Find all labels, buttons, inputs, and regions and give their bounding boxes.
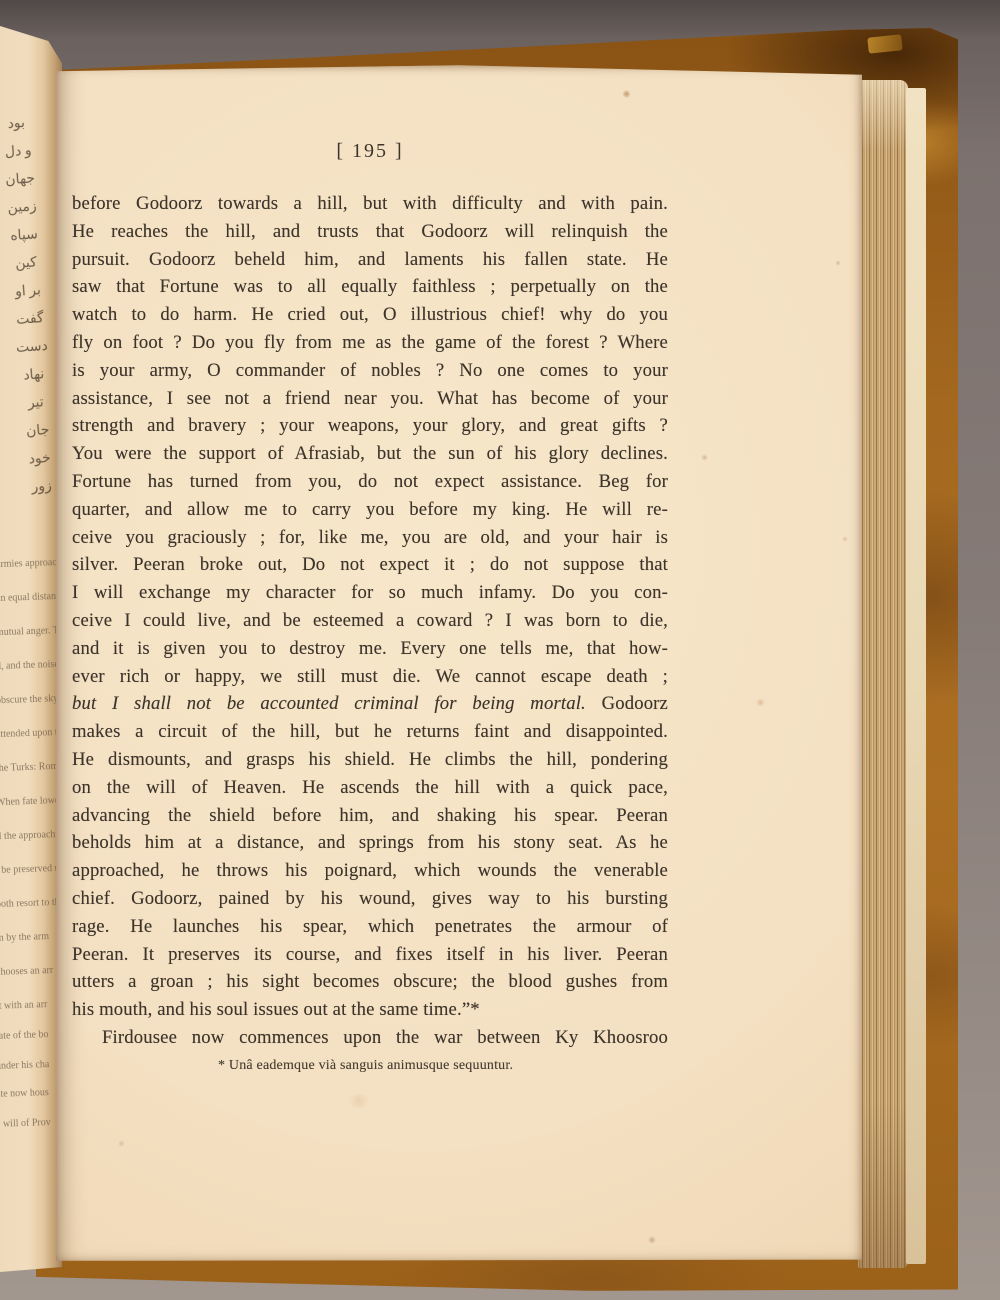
facing-text-fragment: When fate lowers, xyxy=(0,795,62,809)
text-line-italic: but I shall not be accounted criminal fo… xyxy=(72,690,668,718)
text-line: advancing the shield before him, and sha… xyxy=(72,802,668,830)
text-line: fly on foot ? Do you fly from me as the … xyxy=(72,329,668,357)
script-fragment: بود xyxy=(0,108,46,140)
script-fragment: گفت xyxy=(0,304,60,336)
text-line: assistance, I see not a friend near you.… xyxy=(72,385,668,413)
text-line: approached, he throws his poignard, whic… xyxy=(72,857,668,885)
text-line: beholds him at a distance, and springs f… xyxy=(72,829,668,857)
script-fragment: جان xyxy=(8,416,62,448)
book-page: [ 195 ] before Godoorz towards a hill, b… xyxy=(56,64,862,1262)
text-line: strength and bravery ; your weapons, you… xyxy=(72,412,668,440)
text-line: is your army, O commander of nobles ? No… xyxy=(72,357,668,385)
facing-text-fragment: late of the bo xyxy=(0,1029,49,1042)
text-line: before Godoorz towards a hill, but with … xyxy=(72,190,668,218)
text-line: He reaches the hill, and trusts that God… xyxy=(72,218,668,246)
facing-page-edge: بود و دل جهان زمین سپاه کین بر او گفت دس… xyxy=(0,26,62,1272)
facing-text-fragment: both resort to th xyxy=(0,897,60,910)
text-line: quarter, and allow me to carry you befor… xyxy=(72,496,668,524)
facing-text-fragment: the Turks: Rom xyxy=(0,761,58,774)
script-fragment: بر او xyxy=(0,276,58,308)
text-line: ceive you graciously ; for, like me, you… xyxy=(72,524,668,552)
facing-text-fragment: ll the approaching xyxy=(0,829,62,843)
text-line: makes a circuit of the hill, but he retu… xyxy=(72,718,668,746)
foxing-spot xyxy=(835,260,841,266)
text-line: Peeran. It preserves its course, and fix… xyxy=(72,941,668,969)
text-line: I will exchange my character for so much… xyxy=(72,579,668,607)
text-line: ever rich or happy, we still must die. W… xyxy=(72,663,668,691)
facing-text-fragment: ate now hous xyxy=(0,1087,49,1100)
script-fragment: نهاد xyxy=(4,360,62,392)
text-line: watch to do harm. He cried out, O illust… xyxy=(72,301,668,329)
script-fragment: زمین xyxy=(0,192,52,224)
text-line: and it is given you to destroy me. Every… xyxy=(72,635,668,663)
facing-text-fragment: m by the arm xyxy=(0,931,49,944)
text-line: rage. He launches his spear, which penet… xyxy=(72,913,668,941)
text-line: ceive I could live, and be esteemed a co… xyxy=(72,607,668,635)
facing-text-fragment: it with an arr xyxy=(0,999,48,1012)
roman-word: Godoorz xyxy=(602,693,668,714)
text-line: silver. Peeran broke out, Do not expect … xyxy=(72,551,668,579)
foxing-ghost-smudge xyxy=(346,1094,372,1108)
facing-text-fragment: t be preserved u xyxy=(0,863,60,876)
facing-text-fragment: under his cha xyxy=(0,1059,50,1072)
facing-text-fragment: d, and the noise xyxy=(0,659,59,672)
text-line-new-paragraph: Firdousee now commences upon the war bet… xyxy=(72,1024,668,1052)
foxing-spot xyxy=(756,698,765,707)
script-fragment: و دل xyxy=(0,136,48,168)
facing-text-fragment: chooses an arr xyxy=(0,965,53,978)
facing-text-fragment: obscure the sky. Th xyxy=(0,693,62,707)
page-number: [ 195 ] xyxy=(72,140,668,163)
italic-clause: but I shall not be accounted criminal fo… xyxy=(72,693,586,714)
facing-text-fragment: an equal distanc xyxy=(0,591,61,604)
book-fore-edge-pages xyxy=(858,80,908,1268)
foxing-spot xyxy=(648,1236,656,1244)
text-line: pursuit. Godoorz beheld him, and laments… xyxy=(72,246,668,274)
script-fragment: دست xyxy=(2,332,62,364)
text-line: utters a groan ; his sight becomes obscu… xyxy=(72,968,668,996)
script-fragment: خود xyxy=(10,444,62,476)
facing-text-fragment: e will of Prov xyxy=(0,1117,51,1130)
foxing-spot xyxy=(622,90,631,98)
footnote: * Unâ eademque vià sanguis animusque seq… xyxy=(218,1058,513,1074)
text-line: chief. Godoorz, pained by his wound, giv… xyxy=(72,885,668,913)
text-line: on the will of Heaven. He ascends the hi… xyxy=(72,774,668,802)
text-line: Fortune has turned from you, do not expe… xyxy=(72,468,668,496)
foxing-spot xyxy=(118,1140,125,1147)
persian-script-fragments: بود و دل جهان زمین سپاه کین بر او گفت دس… xyxy=(0,108,62,503)
facing-text-fragment: mutual anger. The xyxy=(0,625,62,639)
script-fragment: جهان xyxy=(0,164,50,196)
text-line: saw that Fortune was to all equally fait… xyxy=(72,273,668,301)
script-fragment: کین xyxy=(0,248,56,280)
page-text: before Godoorz towards a hill, but with … xyxy=(72,190,668,1052)
script-fragment: تیر xyxy=(6,388,62,420)
text-line: You were the support of Afrasiab, but th… xyxy=(72,440,668,468)
foxing-spot xyxy=(701,454,708,461)
script-fragment: زور xyxy=(12,472,62,504)
endpaper-strip xyxy=(906,88,926,1264)
facing-text-fragment: armies approachi xyxy=(0,557,62,570)
photo-backdrop: بود و دل جهان زمین سپاه کین بر او گفت دس… xyxy=(0,0,1000,1300)
script-fragment: سپاه xyxy=(0,220,54,252)
text-line-paragraph-end: his mouth, and his soul issues out at th… xyxy=(72,996,668,1024)
foxing-spot xyxy=(842,536,848,542)
text-line: He dismounts, and grasps his shield. He … xyxy=(72,746,668,774)
facing-text-fragment: attended upon th xyxy=(0,727,62,740)
